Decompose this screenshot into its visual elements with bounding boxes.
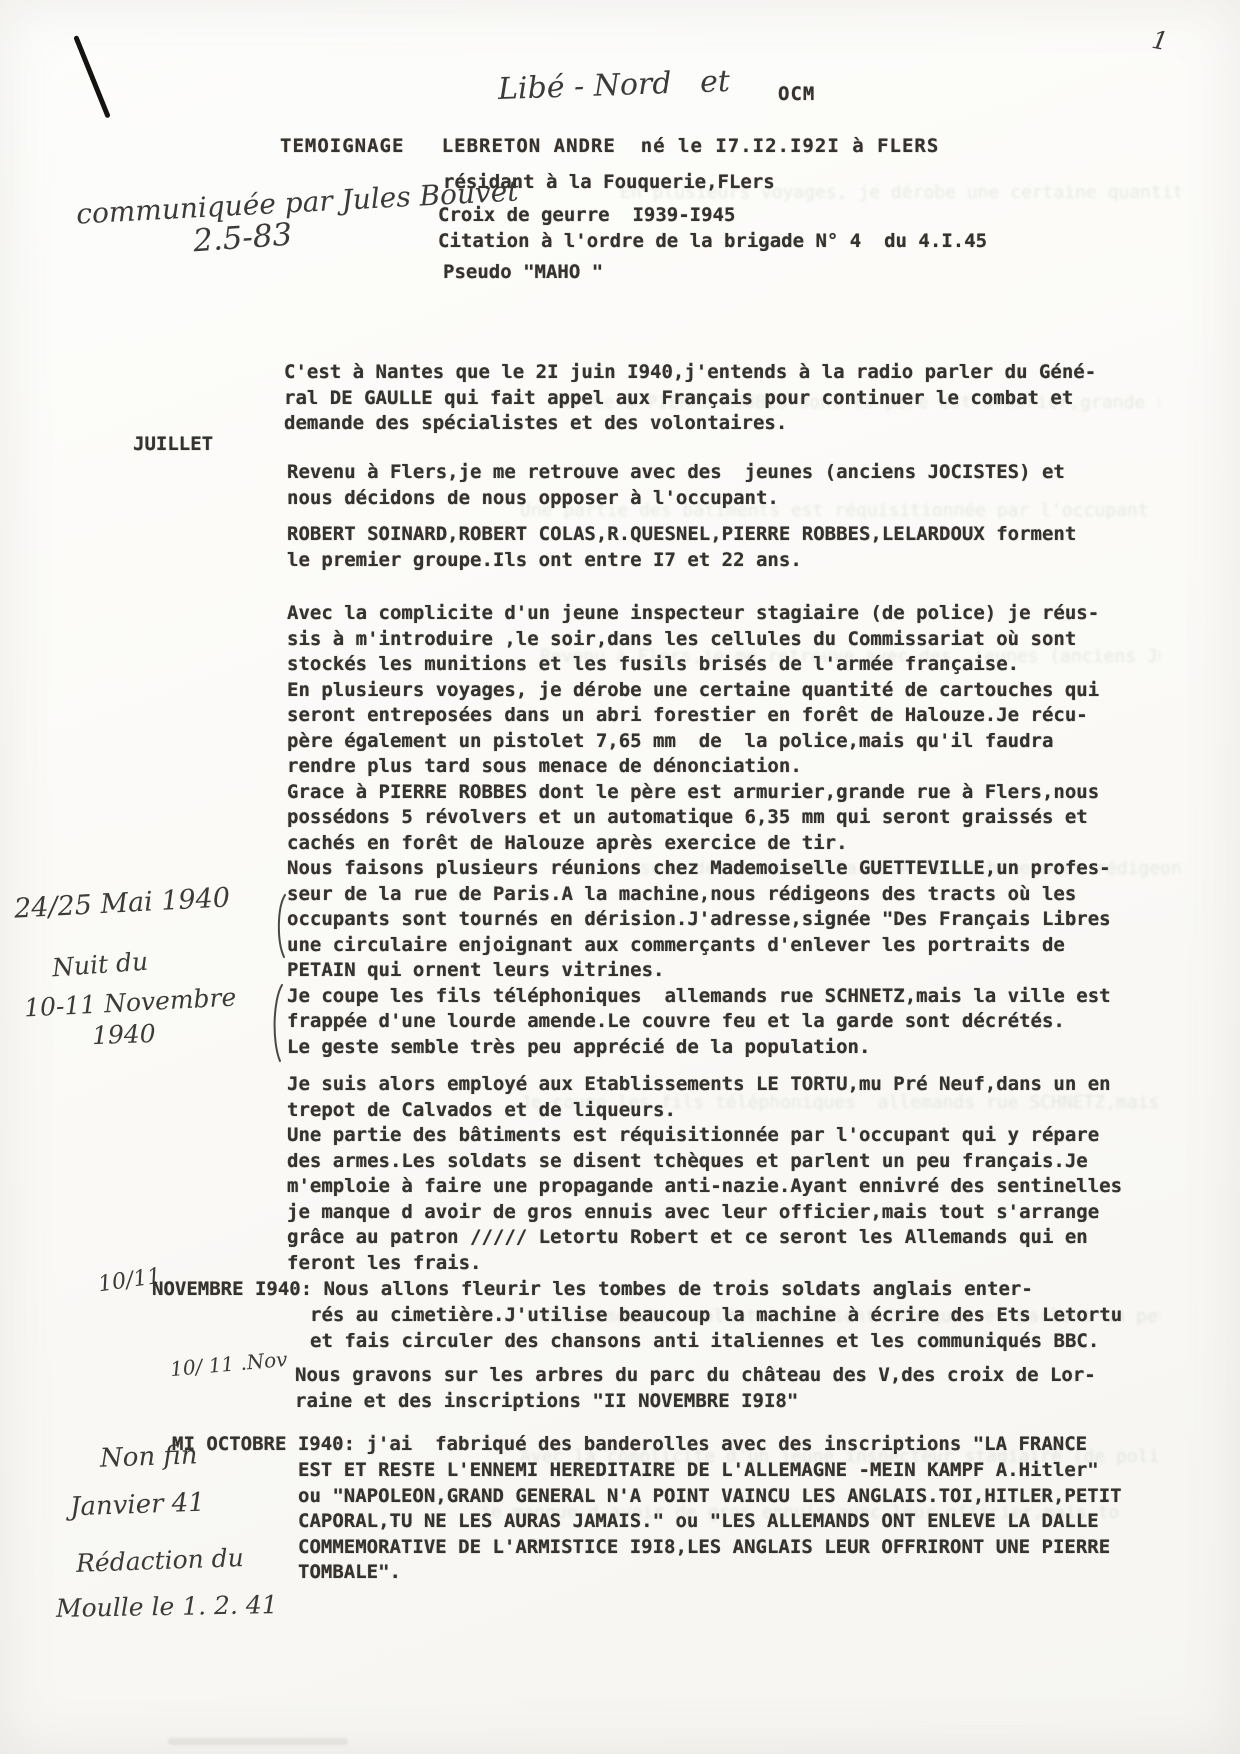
pseudo-line: Pseudo "MAHO " <box>443 260 603 286</box>
margin-note-juillet: JUILLET <box>133 432 213 458</box>
text-line: m'emploie à faire une propagande anti-na… <box>287 1174 1122 1200</box>
text-line: possédons 5 révolvers et un automatique … <box>287 805 1111 831</box>
text-line: stockés les munitions et les fusils bris… <box>287 652 1111 678</box>
paragraph-tombes-rest: rés au cimetière.J'utilise beaucoup la m… <box>310 1303 1122 1354</box>
handwritten-date-note: 2.5-83 <box>192 217 294 260</box>
handwritten-margin-janvier-41: Janvier 41 <box>70 1488 206 1523</box>
text-line: seront entreposées dans un abri forestie… <box>287 703 1111 729</box>
paragraph-banderolles-rest: EST ET RESTE L'ENNEMI HEREDITAIRE DE L'A… <box>298 1458 1122 1586</box>
croix-de-guerre-line: Croix de geurre I939-I945 <box>438 203 735 229</box>
text-line: C'est à Nantes que le 2I juin I940,j'ent… <box>284 360 1096 386</box>
handwritten-margin-mai-1940: 24/25 Mai 1940 <box>13 882 230 924</box>
scanned-document-page: 1 En plusieurs voyages, je dérobe une ce… <box>0 0 1240 1754</box>
text-line: Grace à PIERRE ROBBES dont le père est a… <box>287 780 1111 806</box>
text-line: nous décidons de nous opposer à l'occupa… <box>287 486 1065 512</box>
text-line: ou "NAPOLEON,GRAND GENERAL N'A POINT VAI… <box>298 1484 1122 1510</box>
text-line: CAPORAL,TU NE LES AURAS JAMAIS." ou "LES… <box>298 1509 1122 1535</box>
paragraph-banderolles-first-line: MI OCTOBRE I940: j'ai fabriqué des bande… <box>172 1432 1087 1458</box>
text-line: père également un pistolet 7,65 mm de la… <box>287 729 1111 755</box>
text-line: frappée d'une lourde amende.Le couvre fe… <box>287 1009 1111 1035</box>
text-line: COMMEMORATIVE DE L'ARMISTICE I9I8,LES AN… <box>298 1535 1122 1561</box>
text-line: feront les frais. <box>287 1251 1122 1277</box>
paragraph-tombes-first-line: NOVEMBRE I940: Nous allons fleurir les t… <box>152 1277 1033 1303</box>
text-line: Nous faisons plusieurs réunions chez Mad… <box>287 856 1111 882</box>
paragraph-nantes: C'est à Nantes que le 2I juin I940,j'ent… <box>284 360 1096 437</box>
text-line: rés au cimetière.J'utilise beaucoup la m… <box>310 1303 1122 1329</box>
text-line: une circulaire enjoignant aux commerçant… <box>287 933 1111 959</box>
text-line: ral DE GAULLE qui fait appel aux Françai… <box>284 386 1096 412</box>
text-line: je manque d avoir de gros ennuis avec le… <box>287 1200 1122 1226</box>
page-number-handwritten: 1 <box>1150 25 1171 56</box>
citation-line: Citation à l'ordre de la brigade N° 4 du… <box>438 229 987 255</box>
paragraph-retour-flers: Revenu à Flers,je me retrouve avec des j… <box>287 460 1065 511</box>
text-line: demande des spécialistes et des volontai… <box>284 411 1096 437</box>
testimony-title-line: TEMOIGNAGE LEBRETON ANDRE né le I7.I2.I9… <box>280 134 939 160</box>
text-line: Une partie des bâtiments est réquisition… <box>287 1123 1122 1149</box>
margin-bracket-icon <box>274 894 288 958</box>
text-line: trepot de Calvados et de liqueurs. <box>287 1098 1122 1124</box>
text-line: ROBERT SOINARD,ROBERT COLAS,R.QUESNEL,PI… <box>287 522 1076 548</box>
paragraph-gravures: Nous gravons sur les arbres du parc du c… <box>295 1363 1096 1414</box>
handwritten-margin-redaction: Rédaction du <box>76 1543 245 1578</box>
handwritten-margin-date-nov2: 10/ 11 .Nov <box>169 1347 288 1381</box>
text-line: Nous gravons sur les arbres du parc du c… <box>295 1363 1096 1389</box>
paragraph-armes-actions: Avec la complicite d'un jeune inspecteur… <box>287 601 1111 1060</box>
handwritten-network-label: Libé - Nord et <box>497 64 730 107</box>
paragraph-letortu: Je suis alors employé aux Etablissements… <box>287 1072 1122 1276</box>
text-line: rendre plus tard sous menace de dénoncia… <box>287 754 1111 780</box>
text-line: occupants sont tournés en dérision.J'adr… <box>287 907 1111 933</box>
paragraph-premier-groupe: ROBERT SOINARD,ROBERT COLAS,R.QUESNEL,PI… <box>287 522 1076 573</box>
text-line: En plusieurs voyages, je dérobe une cert… <box>287 678 1111 704</box>
pen-stroke-mark <box>73 35 111 118</box>
text-line: Je coupe les fils téléphoniques allemand… <box>287 984 1111 1010</box>
text-line: Revenu à Flers,je me retrouve avec des j… <box>287 460 1065 486</box>
handwritten-margin-moulle-date: Moulle le 1. 2. 41 <box>56 1590 278 1623</box>
text-line: raine et des inscriptions "II NOVEMBRE I… <box>295 1389 1096 1415</box>
handwritten-margin-1940: 1940 <box>92 1019 157 1050</box>
text-line: et fais circuler des chansons anti itali… <box>310 1329 1122 1355</box>
text-line: TOMBALE". <box>298 1560 1122 1586</box>
handwritten-margin-nov-1940: 10-11 Novembre <box>23 982 237 1022</box>
text-line: grâce au patron ///// Letortu Robert et … <box>287 1225 1122 1251</box>
text-line: Je suis alors employé aux Etablissements… <box>287 1072 1122 1098</box>
handwritten-margin-non-fin: Non fin <box>100 1440 198 1473</box>
text-line: EST ET RESTE L'ENNEMI HEREDITAIRE DE L'A… <box>298 1458 1122 1484</box>
text-line: Le geste semble très peu apprécié de la … <box>287 1035 1111 1061</box>
text-line: Avec la complicite d'un jeune inspecteur… <box>287 601 1111 627</box>
margin-bracket-icon <box>270 984 284 1062</box>
scan-smudge <box>168 1738 348 1745</box>
text-line: le premier groupe.Ils ont entre I7 et 22… <box>287 548 1076 574</box>
org-label: OCM <box>778 82 815 108</box>
text-line: PETAIN qui ornent leurs vitrines. <box>287 958 1111 984</box>
text-line: sis à m'introduire ,le soir,dans les cel… <box>287 627 1111 653</box>
handwritten-margin-nuit-du: Nuit du <box>51 947 149 983</box>
text-line: seur de la rue de Paris.A la machine,nou… <box>287 882 1111 908</box>
text-line: des armes.Les soldats se disent tchèques… <box>287 1149 1122 1175</box>
text-line: cachés en forêt de Halouze après exercic… <box>287 831 1111 857</box>
